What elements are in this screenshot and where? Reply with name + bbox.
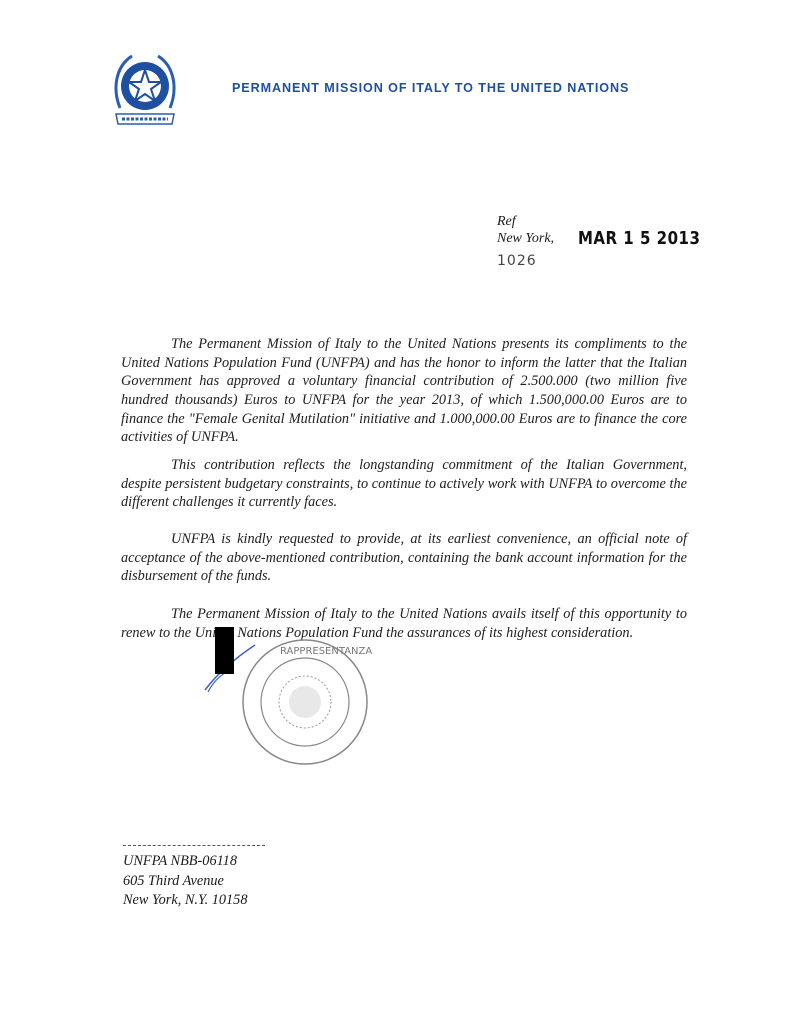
- date-stamp: MAR 1 5 2013: [578, 227, 700, 249]
- reference-block: Ref New York,: [497, 213, 554, 247]
- recipient-address: UNFPA NBB-06118 605 Third Avenue New Yor…: [123, 852, 247, 911]
- place-label: New York,: [497, 230, 554, 247]
- paragraph-commitment: This contribution reflects the longstand…: [121, 456, 687, 512]
- divider: [123, 845, 265, 846]
- svg-text:RAPPRESENTANZA: RAPPRESENTANZA: [280, 646, 372, 657]
- ref-label: Ref: [497, 213, 554, 230]
- paragraph-request: UNFPA is kindly requested to provide, at…: [121, 530, 687, 586]
- letterhead-title: PERMANENT MISSION OF ITALY TO THE UNITED…: [232, 81, 629, 95]
- address-line-3: New York, N.Y. 10158: [123, 891, 247, 911]
- address-line-1: UNFPA NBB-06118: [123, 852, 247, 872]
- address-line-2: 605 Third Avenue: [123, 872, 247, 892]
- handwritten-number: 1026: [497, 253, 537, 269]
- redaction-block: [215, 627, 234, 674]
- italian-emblem-icon: [110, 48, 180, 132]
- paragraph-announcement: The Permanent Mission of Italy to the Un…: [121, 335, 687, 447]
